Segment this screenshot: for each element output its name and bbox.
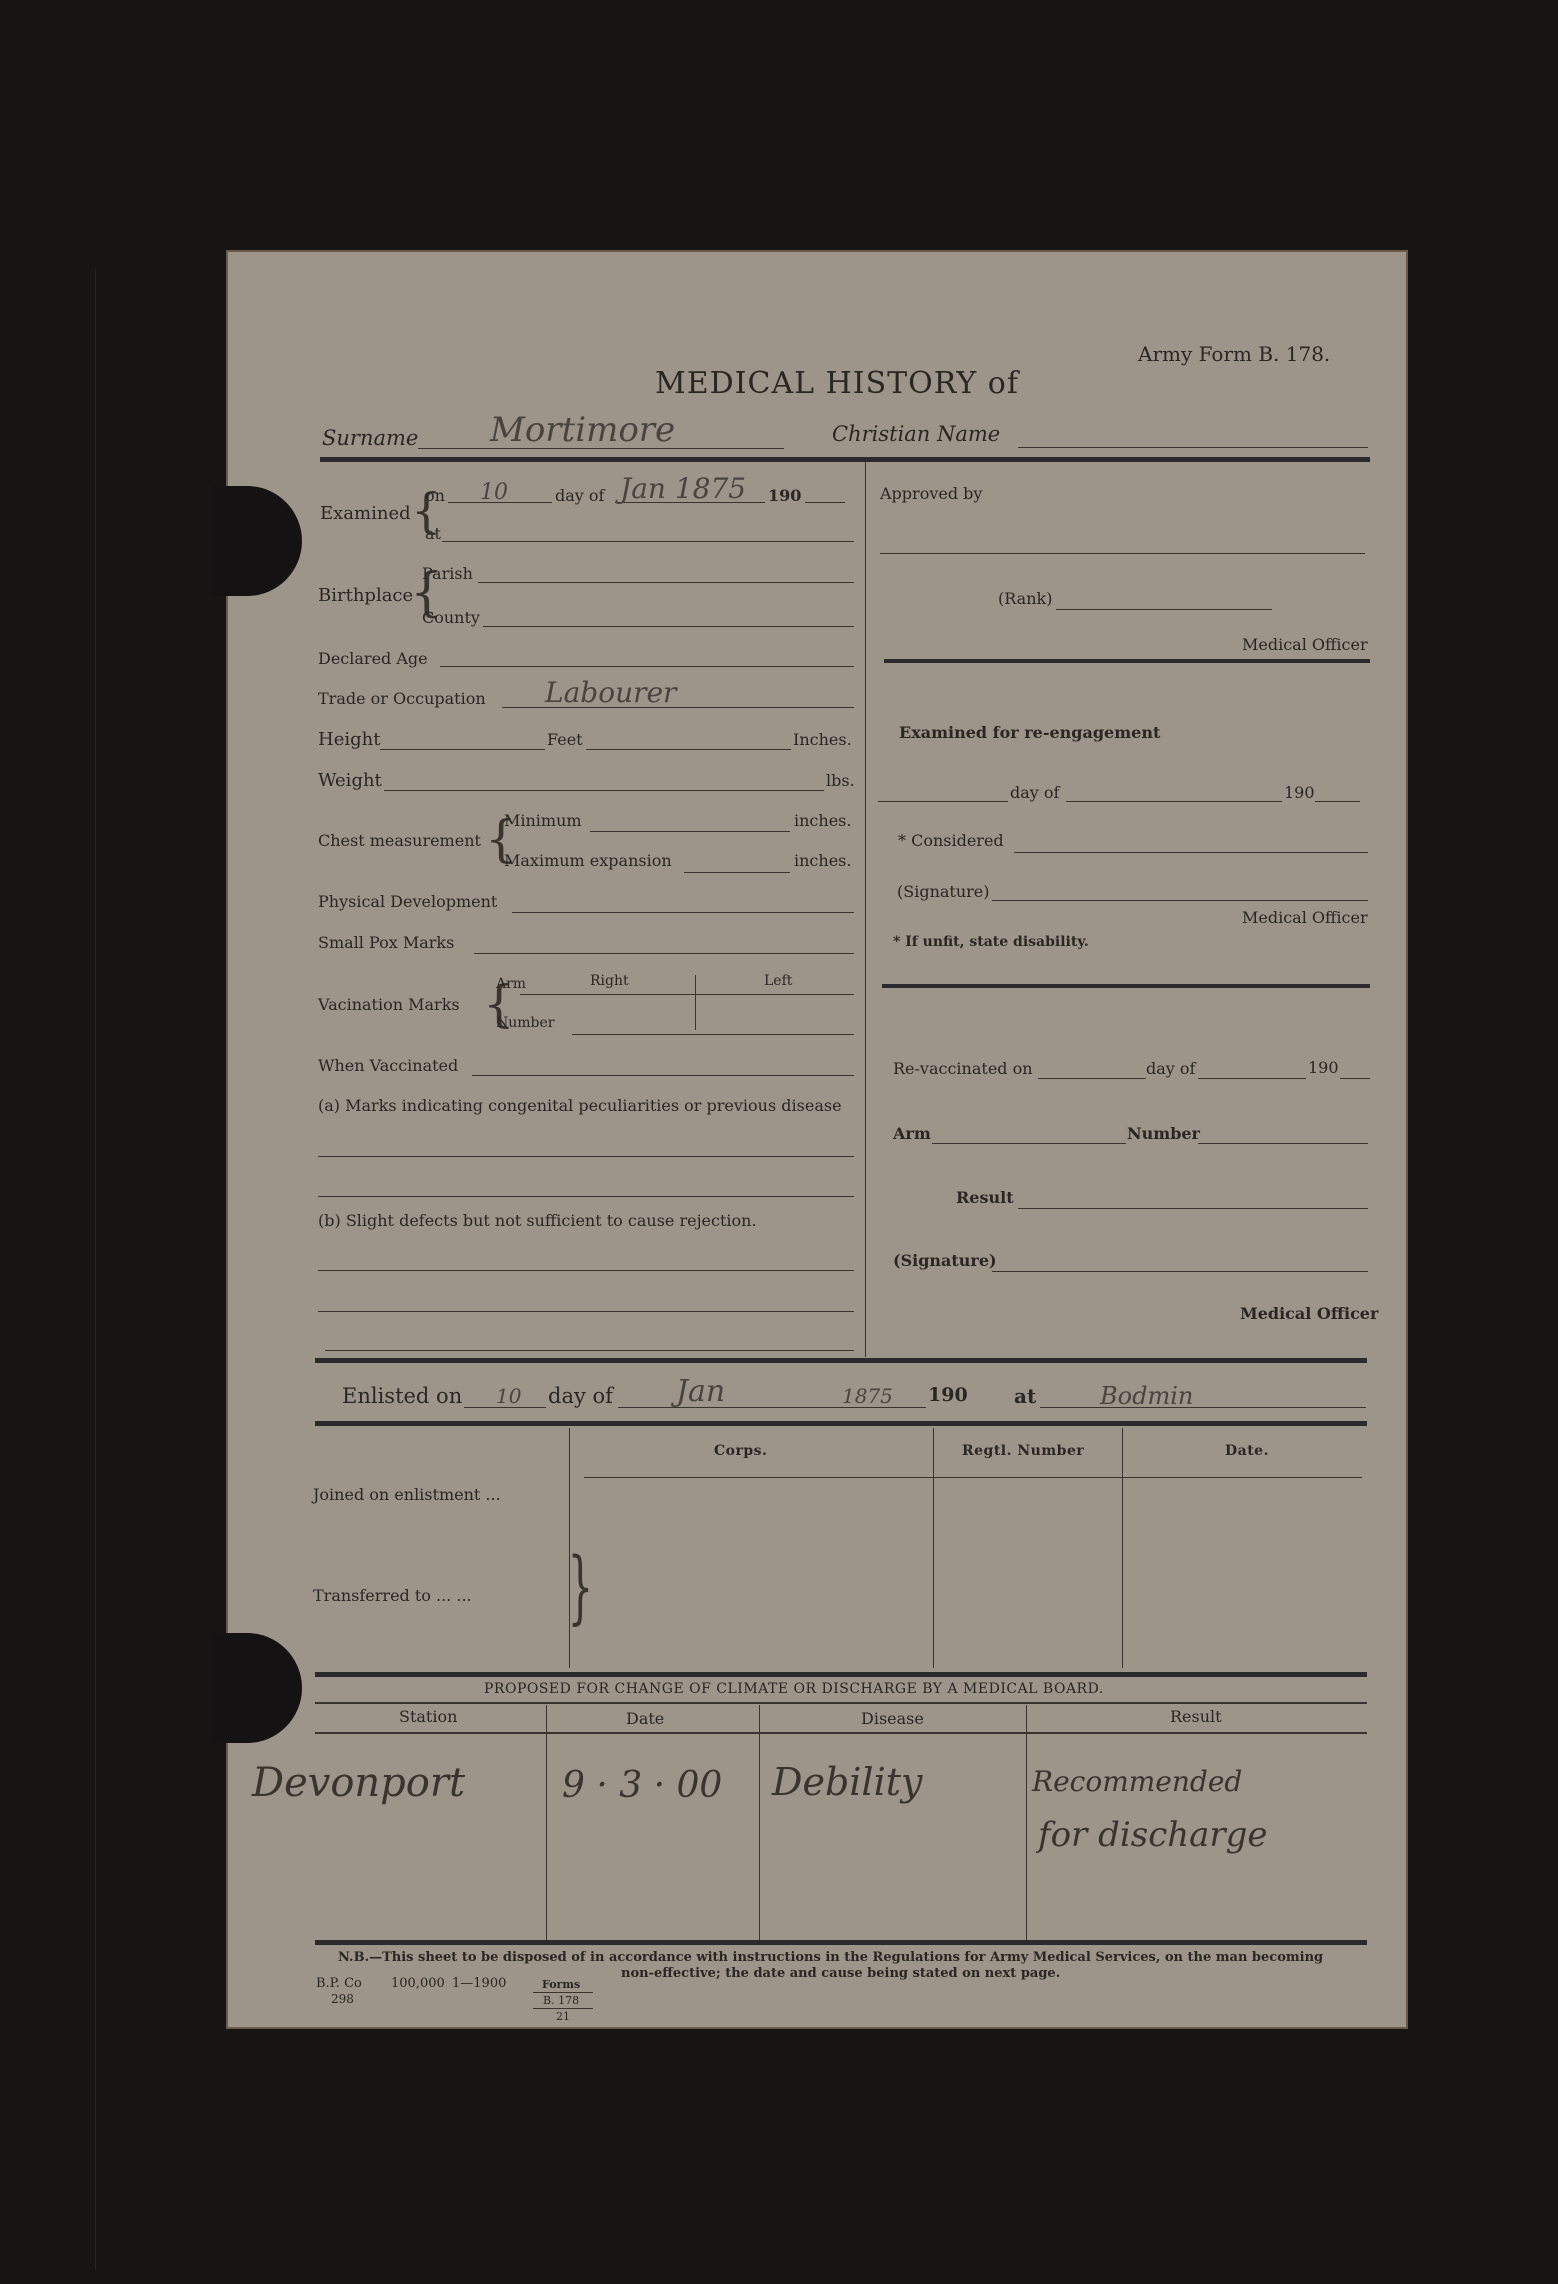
- enlisted-year-prefix: 190: [928, 1386, 968, 1405]
- revacc-medical-officer-label: Medical Officer: [1240, 1306, 1378, 1322]
- declared-age-field[interactable]: [440, 666, 854, 667]
- weight-label: Weight: [318, 772, 382, 790]
- forms-sub: 21: [556, 2011, 570, 2022]
- forms-label: Forms: [542, 1979, 580, 1990]
- enlisted-on-label: Enlisted on: [342, 1386, 462, 1407]
- unfit-footnote: * If unfit, state disability.: [893, 935, 1089, 949]
- height-feet-field[interactable]: [380, 749, 545, 750]
- print-date: 1—1900: [452, 1977, 506, 1990]
- reengagement-day-of-label: day of: [1010, 785, 1059, 801]
- vacc-number-field[interactable]: [572, 1034, 854, 1035]
- result-header: Result: [1170, 1709, 1222, 1725]
- revaccinated-day-of-label: day of: [1146, 1061, 1195, 1077]
- disease-header: Disease: [861, 1711, 924, 1727]
- chest-min-field[interactable]: [590, 831, 790, 832]
- chest-max-inches-label: inches.: [794, 853, 851, 869]
- reengagement-medical-officer-label: Medical Officer: [1242, 910, 1368, 926]
- reengagement-year-prefix: 190: [1284, 785, 1315, 801]
- vacc-number-label: Number: [496, 1016, 554, 1030]
- forms-rule-2: [533, 2008, 593, 2009]
- revaccinated-label: Re-vaccinated on: [893, 1061, 1033, 1077]
- chest-max-field[interactable]: [684, 872, 790, 873]
- small-pox-label: Small Pox Marks: [318, 935, 454, 951]
- revacc-result-label: Result: [956, 1190, 1014, 1206]
- corps-table-divider-2: [933, 1428, 934, 1668]
- medical-board-title: PROPOSED FOR CHANGE OF CLIMATE OR DISCHA…: [484, 1682, 1104, 1696]
- enlisted-at-field[interactable]: [1040, 1407, 1366, 1408]
- when-vaccinated-label: When Vaccinated: [318, 1058, 458, 1074]
- revaccinated-month-field[interactable]: [1198, 1078, 1306, 1079]
- vacc-divider: [695, 975, 696, 1030]
- examined-at-label: at: [425, 526, 441, 542]
- reengagement-signature-field[interactable]: [992, 900, 1368, 901]
- printer-code: B.P. Co: [316, 1977, 362, 1990]
- transferred-brace: {: [568, 1540, 593, 1633]
- vacc-arm-label: Arm: [496, 977, 526, 991]
- reengagement-rule: [882, 984, 1370, 988]
- corps-table-divider-3: [1122, 1428, 1123, 1668]
- revacc-arm-label: Arm: [893, 1126, 931, 1142]
- county-field[interactable]: [483, 626, 854, 627]
- date-header: Date.: [1225, 1444, 1269, 1458]
- trade-value[interactable]: Labourer: [545, 676, 676, 709]
- surname-value[interactable]: Mortimore: [490, 410, 675, 450]
- rank-field[interactable]: [1056, 609, 1272, 610]
- enlisted-day-of-label: day of: [548, 1386, 613, 1407]
- print-run: 100,000: [391, 1977, 445, 1990]
- header-rule: [320, 457, 1370, 462]
- joined-on-enlistment-label: Joined on enlistment ...: [313, 1487, 501, 1503]
- printer-number: 298: [331, 1993, 354, 2005]
- revacc-signature-label: (Signature): [893, 1253, 997, 1269]
- reengagement-year-field[interactable]: [1315, 801, 1360, 802]
- chest-label: Chest measurement: [318, 833, 481, 849]
- approval-medical-officer-label: Medical Officer: [1242, 637, 1368, 653]
- weight-field[interactable]: [384, 790, 824, 791]
- revacc-number-label: Number: [1127, 1126, 1200, 1142]
- birthplace-label: Birthplace: [318, 587, 413, 605]
- section-rule-enlistment-top: [315, 1358, 1367, 1363]
- nb-line-1: N.B.—This sheet to be disposed of in acc…: [338, 1951, 1323, 1964]
- examined-on-value[interactable]: 10: [480, 480, 508, 505]
- declared-age-label: Declared Age: [318, 651, 428, 667]
- reengagement-signature-label: (Signature): [897, 884, 990, 900]
- chest-min-label: Minimum: [504, 813, 582, 829]
- enlisted-month-value[interactable]: Jan: [676, 1374, 725, 1409]
- column-divider: [865, 462, 866, 1357]
- examined-label: Examined: [320, 505, 411, 523]
- revaccinated-year-prefix: 190: [1308, 1060, 1339, 1076]
- physical-development-field[interactable]: [512, 912, 854, 913]
- board-date-value[interactable]: 9 · 3 · 00: [562, 1765, 722, 1806]
- vacc-arm-field[interactable]: [520, 994, 854, 995]
- result-value-line2[interactable]: for discharge: [1038, 1815, 1268, 1855]
- medical-board-title-rule: [315, 1702, 1367, 1704]
- station-header: Station: [399, 1709, 457, 1725]
- chest-max-label: Maximum expansion: [504, 853, 672, 869]
- vacc-left-label: Left: [764, 974, 792, 988]
- board-edge: [95, 270, 100, 2270]
- height-inches-field[interactable]: [586, 749, 791, 750]
- marks-b-field-2[interactable]: [318, 1311, 854, 1312]
- examined-year-field[interactable]: [805, 502, 845, 503]
- section-rule-board-top: [315, 1672, 1367, 1677]
- rank-label: (Rank): [998, 591, 1052, 607]
- chest-min-inches-label: inches.: [794, 813, 851, 829]
- enlisted-at-value[interactable]: Bodmin: [1100, 1382, 1193, 1410]
- enlisted-day-value[interactable]: 10: [496, 1384, 521, 1408]
- surname-label: Surname: [322, 428, 418, 449]
- trade-label: Trade or Occupation: [318, 691, 486, 707]
- when-vaccinated-field[interactable]: [472, 1075, 854, 1076]
- lbs-label: lbs.: [826, 773, 855, 789]
- examined-year-prefix: 190: [768, 488, 801, 504]
- forms-number: B. 178: [543, 1995, 579, 2006]
- examined-at-field[interactable]: [442, 541, 854, 542]
- regtl-number-header: Regtl. Number: [962, 1444, 1084, 1458]
- examined-month-value[interactable]: Jan 1875: [620, 472, 746, 505]
- marks-a-label: (a) Marks indicating congenital peculiar…: [318, 1098, 842, 1114]
- vaccination-marks-label: Vacination Marks: [318, 997, 460, 1013]
- feet-label: Feet: [547, 732, 583, 748]
- revacc-result-field[interactable]: [1018, 1208, 1368, 1209]
- result-value-line1[interactable]: Recommended: [1032, 1765, 1242, 1798]
- height-label: Height: [318, 731, 380, 749]
- vacc-right-label: Right: [590, 974, 629, 988]
- board-header-rule: [315, 1732, 1367, 1734]
- small-pox-field[interactable]: [474, 953, 854, 954]
- revaccinated-year-field[interactable]: [1340, 1078, 1370, 1079]
- corps-header-rule: [584, 1477, 1362, 1478]
- nb-line-2: non-effective; the date and cause being …: [621, 1967, 1060, 1980]
- examined-on-label: on: [425, 488, 445, 504]
- footer-rule: [315, 1940, 1367, 1945]
- reengagement-month-field[interactable]: [1066, 801, 1282, 802]
- marks-b-label: (b) Slight defects but not sufficient to…: [318, 1213, 757, 1229]
- christian-name-field-line[interactable]: [1018, 447, 1368, 448]
- disease-value[interactable]: Debility: [772, 1760, 922, 1804]
- county-label: County: [422, 610, 480, 626]
- board-divider-1: [546, 1705, 547, 1940]
- reengagement-title: Examined for re-engagement: [899, 725, 1160, 741]
- corps-header: Corps.: [714, 1444, 767, 1458]
- enlisted-at-label: at: [1014, 1386, 1036, 1406]
- considered-field[interactable]: [1014, 852, 1368, 853]
- form-number: Army Form B. 178.: [1138, 344, 1330, 364]
- board-date-header: Date: [626, 1711, 664, 1727]
- marks-a-field-2[interactable]: [318, 1196, 854, 1197]
- approved-by-field[interactable]: [880, 553, 1365, 554]
- enlisted-year-value[interactable]: 1875: [842, 1384, 893, 1408]
- revaccinated-day-field[interactable]: [1038, 1078, 1146, 1079]
- board-divider-3: [1026, 1705, 1027, 1940]
- revacc-signature-field[interactable]: [992, 1271, 1368, 1272]
- inches-label: Inches.: [793, 732, 852, 748]
- reengagement-day-field[interactable]: [878, 801, 1008, 802]
- section-rule-corps-top: [315, 1421, 1367, 1426]
- station-value[interactable]: Devonport: [252, 1760, 465, 1806]
- form-title: MEDICAL HISTORY of: [655, 366, 1019, 401]
- parish-field[interactable]: [478, 582, 854, 583]
- parish-label: Parish: [422, 566, 473, 582]
- marks-b-field-3[interactable]: [325, 1350, 854, 1351]
- examined-day-of-label: day of: [555, 488, 604, 504]
- approved-by-label: Approved by: [880, 486, 982, 502]
- forms-rule-1: [533, 1992, 593, 1993]
- approval-rule: [884, 659, 1370, 663]
- revacc-number-field[interactable]: [1198, 1143, 1368, 1144]
- board-divider-2: [759, 1705, 760, 1940]
- considered-label: * Considered: [898, 833, 1004, 849]
- physical-development-label: Physical Development: [318, 894, 497, 910]
- marks-b-field-1[interactable]: [318, 1270, 854, 1271]
- revacc-arm-field[interactable]: [932, 1143, 1126, 1144]
- transferred-to-label: Transferred to ... ...: [313, 1588, 472, 1604]
- marks-a-field-1[interactable]: [318, 1156, 854, 1157]
- christian-name-label: Christian Name: [832, 424, 1000, 445]
